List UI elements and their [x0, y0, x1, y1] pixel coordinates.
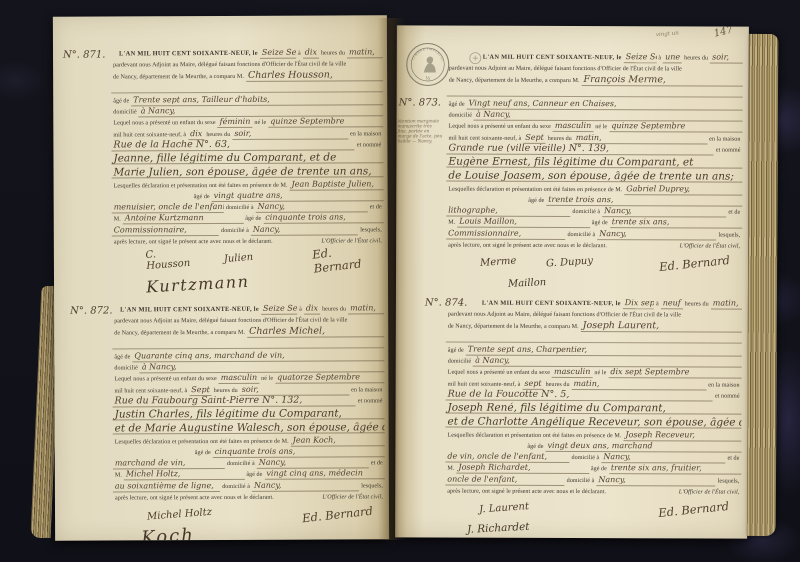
form-closing: après lecture, ont signé le présent acte… — [447, 486, 606, 497]
form-presented: Lequel nous a présenté un enfant du sexe — [448, 368, 550, 378]
form-aged: âgé de — [592, 219, 608, 229]
form-aged: âgé de — [528, 196, 544, 206]
entry-date: Seize Septembre — [624, 52, 657, 63]
form-comparu: de Nancy, département de la Meurthe, a c… — [114, 327, 245, 338]
form-line: M. Louis Maillon, âgé de trente six ans, — [446, 217, 742, 229]
form-opening-text: L'AN MIL HUIT CENT SOIXANTE-NEUF, le — [120, 305, 259, 316]
witness2-domicile: Nancy, — [252, 480, 359, 491]
declarant-name: François Merme, — [582, 75, 743, 87]
birth-act-872: N°. 872. L'AN MIL HUIT CENT SOIXANTE-NEU… — [112, 303, 385, 539]
form-line: Jeanne, fille légitime du Comparant, et … — [111, 150, 383, 165]
form-and-of: et de — [727, 454, 739, 464]
witness1-name: Joseph Receveur, — [623, 430, 741, 441]
house-address: Grande rue (ville vieille) N°. 139, — [446, 143, 713, 155]
form-line: pardevant nous Adjoint au Maire, délégué… — [447, 63, 743, 75]
witness1-occupation: de vin, oncle de l'enfant, — [445, 452, 569, 463]
form-line: Rue de la Hache N°. 63, et nommé — [111, 139, 383, 151]
form-aged: âgé de — [527, 442, 543, 452]
declarant-age-occupation: Vingt neuf ans, Canneur en Chaises, — [467, 99, 743, 111]
form-aged: âgé de — [591, 465, 607, 475]
form-house: en la maison — [709, 134, 740, 144]
form-hours: heures du — [321, 49, 345, 59]
witness2-age: vingt cinq ans, médecin — [264, 469, 385, 481]
form-domiciled-at: domicilié à — [221, 226, 249, 236]
form-line: Grande rue (ville vieille) N°. 139, et n… — [446, 143, 742, 155]
form-lesquels: lesquels, — [719, 230, 741, 240]
form-line: marchand de vin, domicilié à Nancy, et d… — [113, 457, 385, 469]
witness2-name: Antoine Kurtzmann — [123, 213, 244, 225]
entry-date: Seize Septembre — [260, 48, 296, 59]
form-line: de Louise Joasem, son épouse, âgée de tr… — [446, 168, 742, 183]
child-birth-hour: Sept — [523, 132, 546, 143]
form-line: Joseph René, fils légitime du Comparant, — [446, 400, 742, 415]
form-born: né le — [261, 374, 273, 384]
child-name-line: de Louise Joasem, son épouse, âgée de tr… — [446, 170, 742, 182]
form-line: pardevant nous Adjoint au Maire, délégué… — [111, 58, 383, 70]
child-birth-period: matin, — [572, 378, 707, 389]
witness2-name: Joseph Richardet, — [456, 463, 589, 474]
form-officer-title: L'Officier de l'État civil, — [322, 492, 383, 502]
entry-date: Seize Septembre — [261, 304, 297, 315]
form-aged: âgé de — [113, 96, 129, 106]
signature: Julien — [223, 252, 253, 265]
form-aged: âgé de — [449, 100, 465, 110]
form-officer-title: L'Officier de l'État civil, — [680, 241, 741, 251]
signature: G. Dupuy — [546, 256, 594, 270]
child-name-line: et de Marie Augustine Walesch, son épous… — [113, 422, 385, 434]
witness2-age: cinquante trois ans, — [263, 213, 384, 225]
form-born: né le — [594, 368, 606, 378]
form-witness-intro: Lesquelles déclaration et présentation o… — [115, 437, 289, 448]
witness2-domicile: Nancy, — [597, 229, 716, 240]
child-birth-period: soir, — [232, 128, 348, 140]
child-birth-hour: sept — [522, 378, 543, 389]
form-presented: Lequel nous a présenté un enfant du sexe — [449, 122, 551, 132]
child-birth-date: dix sept Septembre — [608, 367, 741, 378]
house-address: Rue de la Hache N°. 63, — [111, 139, 354, 151]
birth-act-873: N°. 873. Mention marginale manuscrite tr… — [446, 52, 743, 292]
child-sex: masculin — [553, 121, 593, 132]
form-line: mil huit cent soixante-neuf, à dix heure… — [111, 128, 383, 140]
witness2-name: Michel Holtz, — [124, 469, 245, 481]
form-line: Lequel nous a présenté un enfant du sexe… — [112, 372, 384, 384]
child-birth-date: quinze Septembre — [609, 121, 742, 132]
form-domiciled-at: domicilié à — [572, 207, 600, 217]
witness1-age: trente trois ans, — [546, 195, 742, 207]
witness2-name: Louis Maillon, — [457, 217, 590, 228]
form-line: Justin Charles, fils légitime du Compara… — [113, 406, 385, 421]
form-domiciled-at: domicilié à — [567, 230, 595, 240]
declarant-domicile: à Nancy, — [140, 361, 385, 373]
act-number: N°. 874. — [425, 297, 477, 308]
form-house: en la maison — [350, 129, 381, 139]
form-closing: après lecture, ont signé le présent acte… — [448, 240, 607, 251]
form-monsieur: M. — [114, 215, 121, 225]
form-line: Lesquelles déclaration et présentation o… — [113, 435, 385, 447]
page-edges-right — [747, 34, 779, 536]
house-address: Rue de la Foucotte N°. 5, — [446, 389, 713, 401]
form-line: domicilié à Nancy, — [111, 105, 383, 117]
act-number: N°. 873. — [399, 97, 451, 108]
form-line: de Nancy, département de la Meurthe, a c… — [446, 320, 742, 332]
form-hours: heures du — [322, 305, 346, 315]
witness1-age: vingt deux ans, marchand — [545, 441, 741, 453]
form-line: menuisier, oncle de l'enfant, domicilié … — [112, 201, 384, 213]
signature: J. Laurent — [479, 501, 529, 515]
form-line: L'AN MIL HUIT CENT SOIXANTE-NEUF, le Sei… — [481, 52, 743, 64]
witness2-occupation: Commissionnaire, — [446, 228, 565, 239]
register-book-photo: N°. 871. L'AN MIL HUIT CENT SOIXANTE-NEU… — [0, 0, 800, 562]
form-comparu: de Nancy, département de la Meurthe, a c… — [448, 321, 579, 331]
witness1-domicile: Nancy, — [257, 458, 369, 469]
form-line — [111, 81, 383, 93]
form-line: domicilié à Nancy, — [446, 355, 742, 367]
blank-rule — [446, 332, 742, 343]
act-number: N°. 871. — [63, 49, 115, 60]
left-page: N°. 871. L'AN MIL HUIT CENT SOIXANTE-NEU… — [53, 15, 389, 540]
form-domiciled-at: domicilié à — [567, 476, 595, 486]
form-witness-intro: Lesquelles déclaration et présentation o… — [448, 184, 622, 195]
margin-note — [62, 116, 107, 117]
entry-hour: dix — [304, 304, 320, 315]
witness2-age: trente six ans, fruitier, — [609, 464, 742, 475]
form-line: domicilié à Nancy, — [112, 361, 384, 373]
form-line: de Nancy, département de la Meurthe, a c… — [447, 74, 743, 86]
form-domiciled: domicilié — [448, 357, 472, 367]
signature: C. Housson — [145, 246, 194, 271]
form-opening-text: L'AN MIL HUIT CENT SOIXANTE-NEUF, le — [119, 49, 258, 60]
child-sex: féminin — [218, 117, 253, 128]
witness2-occupation: oncle de l'enfant, — [445, 474, 564, 485]
entry-hour: une — [663, 53, 682, 64]
form-line: M. Antoine Kurtzmann âgé de cinquante tr… — [112, 213, 384, 225]
form-year: mil huit cent soixante-neuf, à — [113, 130, 186, 140]
form-line — [446, 331, 742, 343]
witness1-name: Jean Koch, — [291, 435, 385, 446]
birth-act-874: N°. 874. L'AN MIL HUIT CENT SOIXANTE-NEU… — [445, 298, 742, 536]
house-address: Rue du Faubourg Saint-Pierre N°. 132, — [113, 395, 356, 407]
form-year: mil huit cent soixante-neuf, à — [114, 386, 187, 396]
form-line: et de Marie Augustine Walesch, son épous… — [113, 419, 385, 434]
form-line: Commissionnaire, domicilié à Nancy, lesq… — [112, 224, 384, 236]
form-line: Rue du Faubourg Saint-Pierre N°. 132, et… — [113, 395, 385, 407]
form-preamble: pardevant nous Adjoint au Maire, délégué… — [449, 64, 682, 75]
form-aged: âgé de — [194, 192, 210, 202]
form-domiciled-at: domicilié à — [227, 459, 255, 469]
form-line: Eugène Ernest, fils légitime du Comparan… — [446, 154, 742, 169]
blank-rule — [111, 82, 383, 93]
form-line: Lesquelles déclaration et présentation o… — [446, 183, 742, 195]
child-sex: masculin — [219, 373, 259, 384]
form-line — [112, 337, 384, 349]
form-line: Commissionnaire, domicilié à Nancy, lesq… — [446, 228, 742, 240]
birth-act-871: N°. 871. L'AN MIL HUIT CENT SOIXANTE-NEU… — [111, 47, 384, 289]
form-line: Lequel nous a présenté un enfant du sexe… — [447, 121, 743, 133]
form-closing: après lecture, ont signé le présent acte… — [114, 237, 273, 248]
form-line: de Nancy, département de la Meurthe, a c… — [112, 326, 384, 338]
form-witness-intro: Lesquelles déclaration et présentation o… — [447, 430, 621, 441]
form-year: mil huit cent soixante-neuf, à — [448, 379, 521, 389]
form-aged: âgé de — [448, 346, 464, 356]
witness1-domicile: Nancy, — [602, 206, 726, 217]
blank-rule — [447, 86, 743, 97]
child-name-line: et de Charlotte Angélique Receveur, son … — [445, 416, 741, 428]
form-at: à — [298, 49, 301, 59]
margin-note — [63, 372, 108, 373]
form-hours: heures du — [214, 385, 238, 395]
declarant-domicile: à Nancy, — [474, 110, 743, 122]
form-presented: Lequel nous a présenté un enfant du sexe — [114, 374, 216, 384]
form-hours: heures du — [546, 379, 570, 389]
declarant-name: Joseph Laurent, — [581, 321, 742, 333]
form-line: Lesquelles déclaration et présentation o… — [112, 179, 384, 191]
form-line: âgé de cinquante trois ans, — [113, 446, 385, 458]
witness1-domicile: Nancy, — [601, 452, 725, 463]
witness2-age: trente six ans, — [610, 218, 743, 229]
form-and-of: et de — [728, 208, 740, 218]
form-line: âgé de Quarante cinq ans, marchand de vi… — [112, 350, 384, 362]
declarant-age-occupation: Trente sept ans, Charpentier, — [466, 345, 742, 357]
act-number: N°. 872. — [70, 305, 122, 316]
form-line: oncle de l'enfant, domicilié à Nancy, le… — [445, 474, 741, 486]
form-line: L'AN MIL HUIT CENT SOIXANTE-NEUF, le Sei… — [117, 47, 383, 59]
signature: Michel Holtz — [147, 507, 213, 523]
form-named: et nommé — [716, 145, 741, 155]
form-aged: âgé de — [114, 352, 130, 362]
form-line: L'AN MIL HUIT CENT SOIXANTE-NEUF, le Sei… — [118, 303, 384, 315]
child-birth-period: soir, — [240, 384, 349, 395]
form-line — [447, 85, 743, 97]
corner-annotation: vingt un — [656, 30, 679, 38]
form-domiciled-at: domicilié à — [572, 453, 600, 463]
form-comparu: de Nancy, département de la Meurthe, a c… — [449, 75, 580, 85]
declarant-name: Charles Michel, — [247, 326, 384, 338]
entry-date: Dix sept Septembre — [623, 298, 654, 309]
blank-rule — [112, 338, 384, 349]
child-birth-period: matin, — [574, 133, 707, 144]
entry-hour: dix — [303, 48, 319, 59]
form-monsieur: M. — [115, 471, 122, 481]
child-sex: masculin — [552, 367, 592, 378]
form-line: domicilié à Nancy, — [447, 109, 743, 121]
entry-hour: neuf — [661, 298, 683, 309]
page-number: 147 — [713, 25, 734, 39]
stamp-value: ½ — [425, 75, 430, 82]
form-opening-text: L'AN MIL HUIT CENT SOIXANTE-NEUF, le — [482, 299, 621, 309]
declarant-name: Charles Housson, — [246, 70, 383, 82]
form-line: après lecture, ont signé le présent acte… — [113, 491, 385, 503]
form-preamble: pardevant nous Adjoint au Maire, délégué… — [448, 310, 681, 321]
form-domiciled-at: domicilié à — [222, 482, 250, 492]
form-comparu: de Nancy, département de la Meurthe, a c… — [113, 71, 244, 82]
form-line: Lesquelles déclaration et présentation o… — [445, 429, 741, 441]
form-line: Marie Julien, son épouse, âgée de trente… — [112, 163, 384, 178]
form-line: âgé de Vingt neuf ans, Canneur en Chaise… — [447, 98, 743, 110]
form-line: pardevant nous Adjoint au Maire, délégué… — [446, 309, 742, 321]
entry-period: soir, — [710, 53, 743, 64]
form-aged: âgé de — [195, 448, 211, 458]
declarant-domicile: à Nancy, — [473, 356, 742, 368]
form-line: M. Joseph Richardet, âgé de trente six a… — [445, 463, 741, 475]
form-born: né le — [254, 118, 266, 128]
witness1-occupation: marchand de vin, — [113, 458, 225, 469]
form-line: L'AN MIL HUIT CENT SOIXANTE-NEUF, le Dix… — [480, 298, 742, 310]
form-at: à — [656, 299, 659, 309]
witness2-occupation: au soixantième de ligne, — [113, 481, 220, 492]
form-line: âgé de Trente sept ans, Tailleur d'habit… — [111, 94, 383, 106]
form-monsieur: M. — [447, 464, 454, 474]
child-name-line: Marie Julien, son épouse, âgée de trente… — [112, 166, 384, 178]
form-aged: âgé de — [245, 214, 261, 224]
form-line: après lecture, ont signé le présent acte… — [445, 485, 741, 497]
form-at: à — [658, 53, 661, 63]
form-closing: après lecture, ont signé le présent acte… — [115, 493, 274, 504]
form-born: né le — [595, 122, 607, 132]
child-name-line: Jeanne, fille légitime du Comparant, et … — [111, 152, 383, 164]
witness1-name: Jean Baptiste Julien, — [290, 179, 384, 190]
form-line: âgé de Trente sept ans, Charpentier, — [446, 344, 742, 356]
form-officer-title: L'Officier de l'État civil, — [679, 487, 740, 497]
witness2-domicile: Nancy, — [251, 224, 358, 235]
form-witness-intro: Lesquelles déclaration et présentation o… — [114, 181, 288, 192]
form-line: Lequel nous a présenté un enfant du sexe… — [111, 116, 383, 128]
form-presented: Lequel nous a présenté un enfant du sexe — [113, 118, 215, 128]
form-domiciled: domicilié — [114, 363, 138, 373]
form-lesquels: lesquels, — [718, 476, 740, 486]
form-line: de vin, oncle de l'enfant, domicilié à N… — [445, 452, 741, 464]
form-line: lithographe, domicilié à Nancy, et de — [446, 206, 742, 218]
form-line: pardevant nous Adjoint au Maire, délégué… — [112, 314, 384, 326]
form-line: après lecture, ont signé le présent acte… — [446, 239, 742, 251]
form-line: au soixantième de ligne, domicilié à Nan… — [113, 480, 385, 492]
form-line: Rue de la Foucotte N°. 5, et nommé — [446, 389, 742, 401]
revenue-stamp-icon: TIMBRE IMPERIAL ½ — [405, 41, 451, 87]
declarant-domicile: à Nancy, — [139, 105, 384, 117]
form-domiciled-at: domicilié à — [226, 203, 254, 213]
form-line: de Nancy, département de la Meurthe, a c… — [111, 70, 383, 82]
witness1-occupation: menuisier, oncle de l'enfant, — [112, 202, 224, 213]
form-line: âgé de vingt quatre ans, — [112, 190, 384, 202]
form-domiciled: domicilié — [449, 111, 473, 121]
child-name-line: Justin Charles, fils légitime du Compara… — [113, 408, 385, 420]
declarant-age-occupation: Trente sept ans, Tailleur d'habits, — [131, 94, 383, 106]
declarant-age-occupation: Quarante cinq ans, marchand de vin, — [132, 350, 384, 362]
form-line: et de Charlotte Angélique Receveur, son … — [445, 414, 741, 429]
form-hours: heures du — [684, 54, 708, 64]
witness1-name: Gabriel Duprey, — [624, 184, 742, 195]
witness1-occupation: lithographe, — [446, 206, 570, 217]
form-at: à — [299, 305, 302, 315]
child-name-line: Joseph René, fils légitime du Comparant, — [446, 403, 742, 415]
form-line: mil huit cent soixante-neuf, à Sept heur… — [446, 132, 742, 144]
book-gutter — [378, 18, 406, 540]
form-line: mil huit cent soixante-neuf, à sept heur… — [446, 378, 742, 390]
form-opening-text: L'AN MIL HUIT CENT SOIXANTE-NEUF, le — [483, 53, 622, 63]
form-hours: heures du — [548, 133, 572, 143]
witness1-age: cinquante trois ans, — [213, 446, 385, 458]
child-birth-hour: Sept — [189, 385, 212, 396]
form-line: M. Michel Holtz, âgé de vingt cinq ans, … — [113, 469, 385, 481]
witness2-domicile: Nancy, — [596, 475, 715, 486]
form-domiciled: domicilié — [113, 107, 137, 117]
form-named: et nommé — [715, 391, 740, 401]
form-year: mil huit cent soixante-neuf, à — [448, 133, 521, 143]
form-line: Lequel nous a présenté un enfant du sexe… — [446, 367, 742, 379]
right-page: 147 vingt un TIMBRE IMPERIAL ½ N°. 873. … — [395, 25, 749, 538]
witness1-age: vingt quatre ans, — [212, 190, 384, 202]
witness1-domicile: Nancy, — [256, 202, 368, 213]
form-aged: âgé de — [246, 470, 262, 480]
signature: Merme — [480, 256, 517, 269]
witness2-occupation: Commissionnaire, — [112, 225, 219, 236]
child-birth-date: quinze Septembre — [268, 117, 383, 129]
child-birth-hour: dix — [188, 129, 204, 140]
form-monsieur: M. — [448, 218, 455, 228]
form-hours: heures du — [685, 300, 709, 310]
child-birth-date: quatorze Septembre — [275, 373, 384, 384]
child-name-line: Eugène Ernest, fils légitime du Comparan… — [446, 157, 742, 169]
form-hours: heures du — [206, 129, 230, 139]
form-line: mil huit cent soixante-neuf, à Sept heur… — [112, 384, 384, 396]
form-house: en la maison — [708, 380, 739, 390]
entry-period: matin, — [711, 299, 742, 310]
